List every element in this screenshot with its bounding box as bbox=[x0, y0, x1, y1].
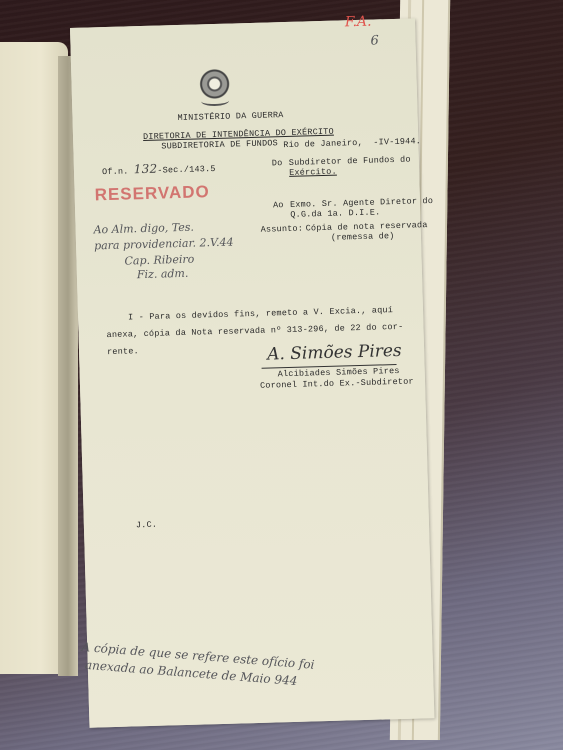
subject-prefix: Assunto: bbox=[261, 224, 304, 235]
page-number: 6 bbox=[370, 33, 379, 48]
margin-note-line4: Fiz. adm. bbox=[137, 267, 189, 281]
to-prefix: Ao bbox=[273, 200, 284, 210]
coat-of-arms-icon bbox=[196, 65, 233, 106]
body-line3: rente. bbox=[107, 346, 139, 357]
margin-note-line1: Ao Alm. digo, Tes. bbox=[93, 221, 194, 237]
reference-prefix: Of.n. bbox=[102, 166, 129, 177]
document-page: F.A. 6 MINISTÉRIO DA GUERRA DIRETORIA DE… bbox=[70, 18, 434, 727]
date: -IV-1944. bbox=[373, 136, 421, 147]
typist-initials: J.C. bbox=[136, 520, 157, 531]
from-prefix: Do bbox=[272, 158, 283, 168]
reserved-stamp: RESERVADO bbox=[94, 182, 210, 205]
margin-note-fa: F.A. bbox=[345, 14, 372, 31]
reference-suffix: -Sec./143.5 bbox=[157, 164, 216, 176]
subject-line2: (remessa de) bbox=[331, 231, 395, 243]
reference-handwritten-number: 132 bbox=[134, 162, 158, 177]
from-line2: Exército. bbox=[289, 167, 337, 178]
margin-note-line3: Cap. Ribeiro bbox=[124, 253, 194, 268]
handwritten-signature: A. Simões Pires bbox=[267, 341, 402, 365]
